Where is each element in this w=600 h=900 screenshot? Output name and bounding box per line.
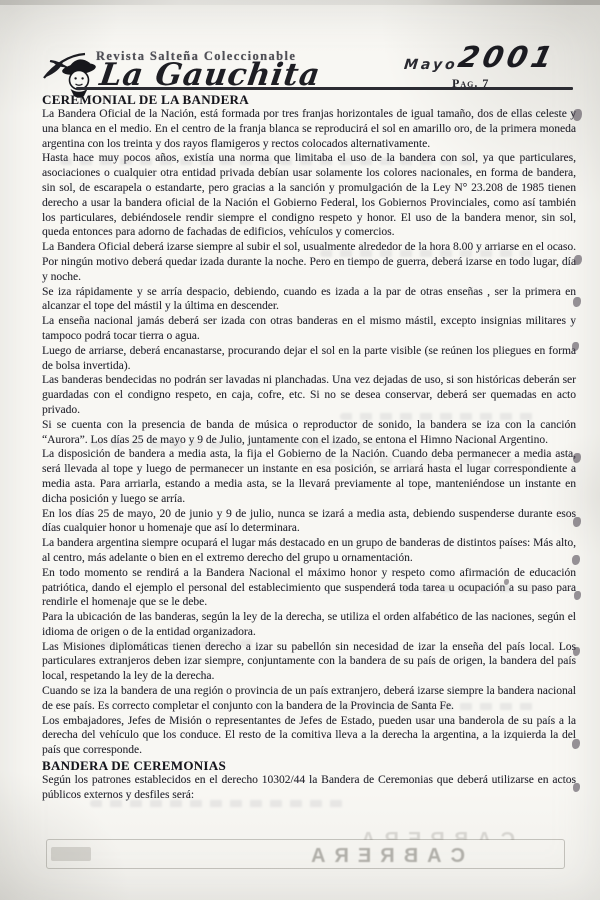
- masthead-rule: [76, 87, 573, 90]
- bleedthrough-stripe: [300, 457, 540, 464]
- bleedthrough-box-tab: [51, 847, 91, 861]
- paragraph: Las banderas bendecidas no podrán ser la…: [42, 373, 576, 417]
- paragraph: Para la ubicación de las banderas, según…: [42, 610, 576, 640]
- paragraph: En los días 25 de mayo, 20 de junio y 9 …: [42, 507, 576, 537]
- issue-year: 2001: [455, 40, 560, 74]
- bleedthrough-stripe: [320, 250, 540, 257]
- ink-blot: [573, 647, 580, 656]
- ink-blot: [574, 255, 582, 265]
- paragraph: Los embajadores, Jefes de Misión o repre…: [42, 714, 576, 758]
- paragraph: Según los patrones establecidos en el de…: [42, 773, 576, 803]
- paragraph: La Bandera Oficial de la Nación, está fo…: [42, 107, 576, 151]
- bleedthrough-text: CABRERA: [302, 845, 465, 868]
- scan-edge-strip: [0, 0, 600, 5]
- ink-blot: [573, 109, 582, 121]
- paragraph: La bandera argentina siempre ocupará el …: [42, 536, 576, 566]
- ink-blot: [573, 297, 581, 307]
- paragraph: Luego de arriarse, deberá encanastarse, …: [42, 344, 576, 374]
- bleedthrough-stripe: [340, 413, 540, 420]
- scanned-magazine-page: Revista Salteña Coleccionable La Gauchit…: [0, 0, 600, 900]
- paragraph: La Bandera Oficial deberá izarse siempre…: [42, 240, 576, 284]
- paragraph: Se iza rápidamente y se arría despacio, …: [42, 285, 576, 315]
- bleedthrough-stripe: [60, 640, 260, 647]
- bleedthrough-stripe: [380, 585, 550, 592]
- ink-blot: [574, 591, 581, 600]
- bleedthrough-stripe: [90, 441, 390, 448]
- ink-blot: [572, 342, 579, 351]
- ink-blot: [573, 453, 581, 463]
- section-heading: CEREMONIAL DE LA BANDERA: [42, 92, 576, 107]
- ink-blot: [572, 739, 580, 749]
- bleedthrough-stripe: [60, 158, 480, 165]
- bleedthrough-stripe: [340, 703, 540, 710]
- paragraph: La enseña nacional jamás deberá ser izad…: [42, 314, 576, 344]
- ink-blot: [573, 517, 581, 527]
- ink-blot: [572, 555, 580, 565]
- section-heading: BANDERA DE CEREMONIAS: [42, 758, 576, 773]
- ink-blot: [573, 783, 580, 792]
- bleedthrough-stripe: [90, 800, 350, 807]
- issue-month: Mayo: [403, 57, 458, 73]
